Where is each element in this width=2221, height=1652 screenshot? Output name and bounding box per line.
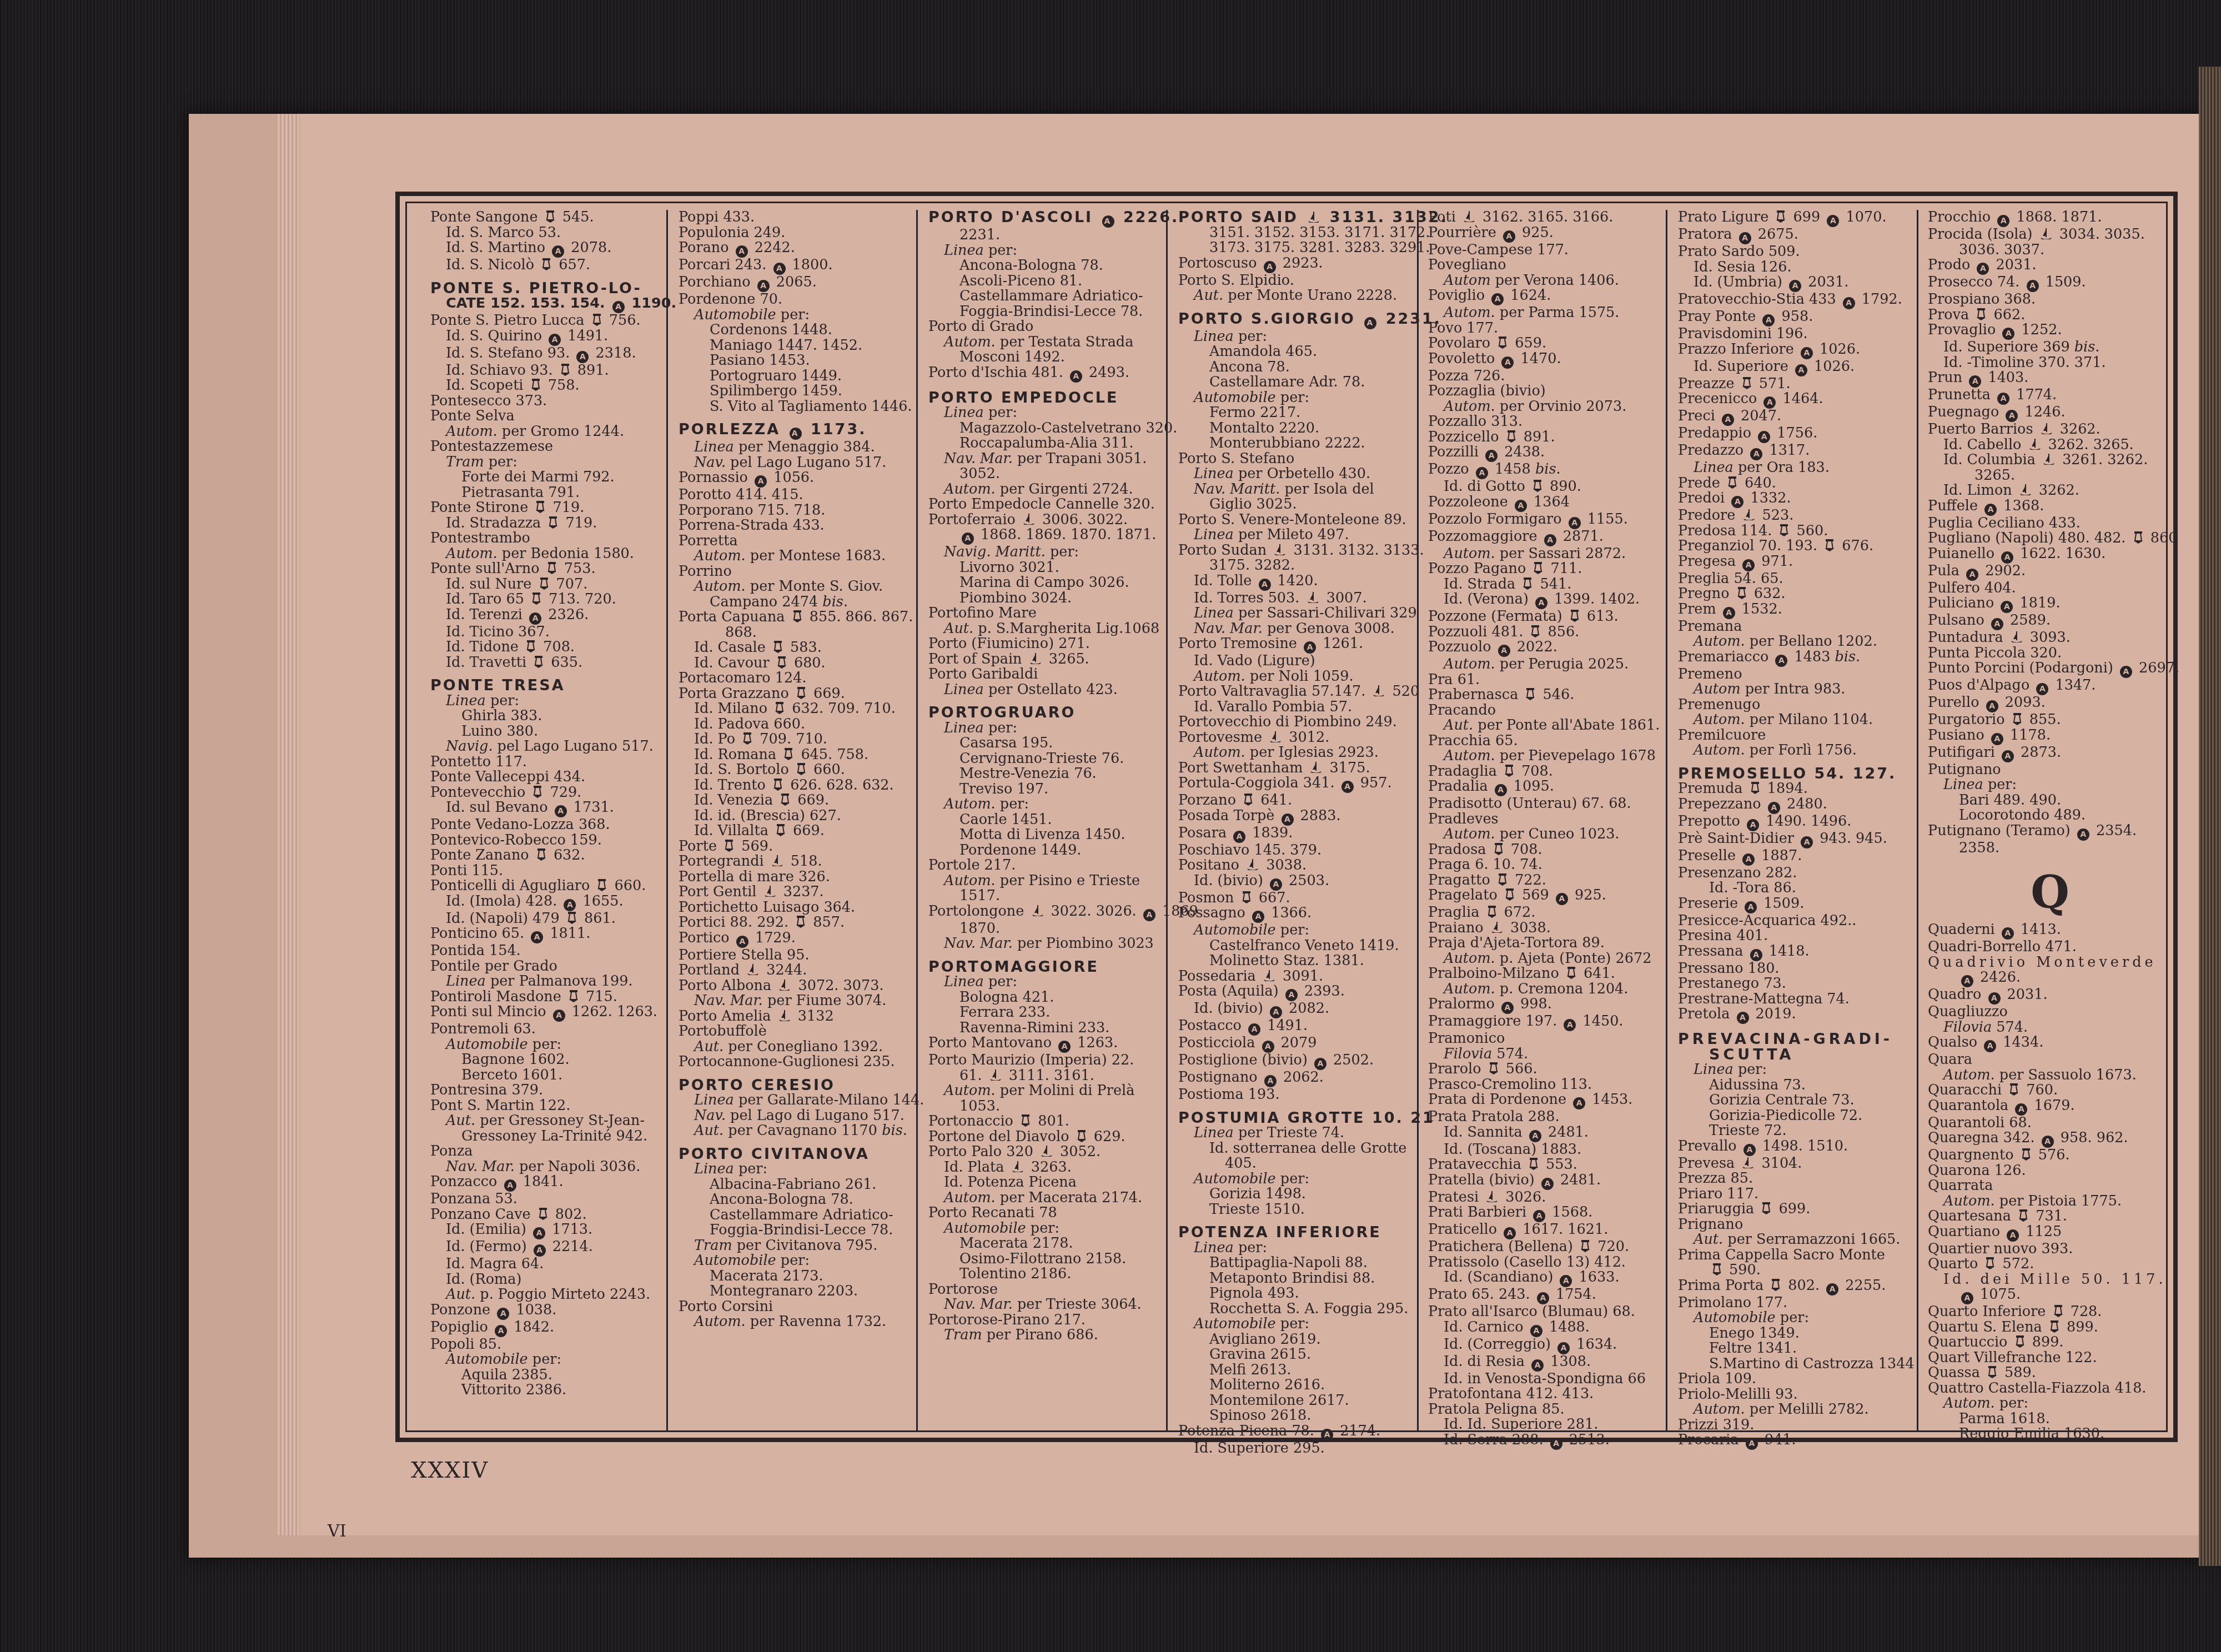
index-entry: Id. Varallo Pombia 57. xyxy=(1178,700,1414,715)
index-entry: Quartu S. Elena 899. xyxy=(1928,1320,2172,1335)
index-entry: Gorizia-Piedicolle 72. xyxy=(1678,1108,1914,1124)
index-entry: Pugliano (Napoli) 480. 482. 860 xyxy=(1928,531,2172,546)
index-entry: Avigliano 2619. xyxy=(1178,1332,1414,1348)
index-entry: Porrino xyxy=(679,564,914,580)
index-entry: Pontetto 117. xyxy=(430,755,664,770)
index-entry: Posticciola A 2079 xyxy=(1178,1036,1414,1053)
index-entry: Treviso 197. xyxy=(928,782,1164,797)
index-entry: Predoi A 1332. xyxy=(1678,491,1914,508)
index-entry: Metaponto Brindisi 88. xyxy=(1178,1271,1414,1287)
column-divider xyxy=(916,210,918,1432)
index-heading: PORTO CIVITANOVA xyxy=(679,1147,914,1162)
automobile-icon: A xyxy=(2027,280,2039,292)
index-entry: Autom. per Macerata 2174. xyxy=(928,1191,1164,1206)
index-entry: Ponte S. Pietro Lucca 756. xyxy=(430,313,664,329)
index-entry: Pontiroli Masdone 715. xyxy=(430,990,664,1005)
tram-icon xyxy=(1566,966,1577,980)
index-entry: Posta (Aquila) A 2393. xyxy=(1178,984,1414,1001)
italic-service-label: Linea xyxy=(944,242,984,259)
tram-icon xyxy=(568,990,579,1003)
index-entry: 61. 3111. 3161. xyxy=(928,1068,1164,1084)
automobile-icon: A xyxy=(1986,700,1998,712)
automobile-icon: A xyxy=(1984,1040,1996,1052)
index-entry: Mosconi 1492. xyxy=(928,350,1164,365)
index-entry: Pralormo A 998. xyxy=(1428,997,1664,1014)
automobile-icon: A xyxy=(1746,1438,1758,1450)
index-entry: Ascoli-Piceno 81. xyxy=(928,274,1164,289)
index-heading: CATE 152. 153. 154. A 1190. xyxy=(430,296,664,313)
index-entry: Id. (Napoli) 479 861. xyxy=(430,911,664,927)
automobile-icon: A xyxy=(1541,1178,1554,1190)
index-entry: Portorose-Pirano 217. xyxy=(928,1313,1164,1328)
index-entry: Puegnago A 1246. xyxy=(1928,405,2172,422)
index-entry: Porto Maurizio (Imperia) 22. xyxy=(928,1053,1164,1068)
index-entry: Bagnone 1602. xyxy=(430,1052,664,1068)
index-entry: Portland 3244. xyxy=(679,963,914,978)
italic-service-label: bis xyxy=(822,594,843,610)
index-entry: Gressoney La-Trinité 942. xyxy=(430,1129,664,1144)
navigation-ship-icon xyxy=(2010,630,2023,644)
index-entry: S.Martino di Castrozza 1344 xyxy=(1678,1357,1914,1372)
index-entry: Pulfero 404. xyxy=(1928,581,2172,596)
index-entry: Povegliano xyxy=(1428,258,1664,273)
index-entry: Rocchetta S. A. Foggia 295. xyxy=(1178,1302,1414,1317)
index-entry: Poppi 433. xyxy=(679,210,914,225)
index-entry: Id. Columbia 3261. 3262. xyxy=(1928,453,2172,468)
tram-icon xyxy=(792,610,803,623)
index-entry: Aidussina 73. xyxy=(1678,1078,1914,1093)
index-entry: Linea per Trieste 74. xyxy=(1178,1126,1414,1141)
index-entry: Porto (Fiumicino) 271. xyxy=(928,636,1164,652)
navigation-ship-icon xyxy=(1263,969,1276,982)
index-entry: Id. Ticino 367. xyxy=(430,625,664,640)
index-entry: Putignano xyxy=(1928,762,2172,778)
index-entry: Punta Piccola 320. xyxy=(1928,646,2172,661)
index-heading: PORTO EMPEDOCLE xyxy=(928,390,1164,406)
automobile-icon: A xyxy=(773,263,786,275)
italic-service-label: Linea xyxy=(944,681,984,698)
italic-service-label: Linea xyxy=(944,973,984,990)
index-entry: Automobile per: xyxy=(1178,1317,1414,1332)
index-entry: Pornassio A 1056. xyxy=(679,470,914,488)
index-entry: Praticello A 1617. 1621. xyxy=(1428,1222,1664,1239)
navigation-ship-icon xyxy=(1022,513,1036,526)
index-entry: Pradleves xyxy=(1428,812,1664,827)
index-entry: Cervignano-Trieste 76. xyxy=(928,751,1164,767)
index-entry: Nav. Mar. per Genova 3008. xyxy=(1178,621,1414,637)
index-entry: Pontevico-Robecco 159. xyxy=(430,833,664,848)
automobile-icon: A xyxy=(1737,1012,1749,1024)
index-entry: Quarrata xyxy=(1928,1178,2172,1194)
navigation-ship-icon xyxy=(2039,227,2053,240)
index-entry: Portacomaro 124. xyxy=(679,671,914,686)
index-entry: Pontestrambo xyxy=(430,531,664,546)
index-entry: Automobile per: xyxy=(1178,923,1414,938)
index-entry: Prasco-Cremolino 113. xyxy=(1428,1077,1664,1093)
index-entry: Pordenone 1449. xyxy=(928,843,1164,858)
index-entry: Albacina-Fabriano 261. xyxy=(679,1177,914,1193)
automobile-icon: A xyxy=(553,1010,565,1022)
index-entry: Pontile per Grado xyxy=(430,959,664,975)
index-entry: Portula-Coggiola 341. A 957. xyxy=(1178,776,1414,793)
automobile-icon: A xyxy=(495,1325,507,1337)
index-entry: Preselle A 1887. xyxy=(1678,848,1914,866)
index-entry: Filovia 574. xyxy=(1928,1020,2172,1036)
index-entry: Presicce-Acquarica 492.. xyxy=(1678,913,1914,929)
index-entry: Procaria A 941. xyxy=(1678,1433,1914,1450)
italic-service-label: Aut. xyxy=(446,1286,475,1303)
index-entry: Autom. per Ravenna 1732. xyxy=(679,1314,914,1330)
index-entry: Montalto 2220. xyxy=(1178,421,1414,436)
automobile-icon: A xyxy=(497,1308,509,1320)
automobile-icon: A xyxy=(1723,607,1735,619)
index-entry: Portogruaro 1449. xyxy=(679,369,914,384)
index-entry: Linea per Ostellato 423. xyxy=(928,682,1164,698)
index-entry: Id. sotterranea delle Grotte xyxy=(1178,1141,1414,1157)
index-entry: Quarto 572. xyxy=(1928,1257,2172,1272)
index-entry: Id. Superiore 295. xyxy=(1178,1441,1414,1457)
index-entry: Nav. pel Lago Lugano 517. xyxy=(679,455,914,471)
index-entry: Id. dei Mille 50. 117. xyxy=(1928,1272,2172,1288)
index-entry: Linea per Gallarate-Milano 144. xyxy=(679,1093,914,1108)
index-entry: Id. Serra 288. A 2513. xyxy=(1428,1433,1664,1450)
automobile-icon: A xyxy=(1504,1227,1516,1239)
automobile-icon: A xyxy=(529,612,541,625)
index-entry: Linea per: xyxy=(430,694,664,709)
index-entry: Pulsano A 2589. xyxy=(1928,613,2172,630)
index-entry: Id. Strada 541. xyxy=(1428,577,1664,592)
index-entry: Pozzolo Formigaro A 1155. xyxy=(1428,512,1664,529)
index-entry: Porto d'Ischia 481. A 2493. xyxy=(928,365,1164,383)
index-entry: Automobile per: xyxy=(1678,1310,1914,1326)
italic-service-label: Automobile xyxy=(1194,389,1276,406)
index-entry: Autom. per Montese 1683. xyxy=(679,549,914,564)
index-entry: Id. Potenza Picena xyxy=(928,1175,1164,1191)
index-entry: Posmon 667. xyxy=(1178,891,1414,906)
automobile-icon: A xyxy=(1966,569,1978,581)
index-entry: Puntadura 3093. xyxy=(1928,630,2172,646)
index-entry: Id. S. Martino A 2078. xyxy=(430,240,664,258)
index-entry: Marina di Campo 3026. xyxy=(928,575,1164,591)
index-entry: Autom. per Orvinio 2073. xyxy=(1428,399,1664,415)
index-column-1: Ponte Sangone 545.Id. S. Marco 53.Id. S.… xyxy=(430,210,664,1430)
automobile-icon: A xyxy=(1768,802,1780,814)
index-entry: Qualso A 1434. xyxy=(1928,1035,2172,1052)
italic-service-label: Automobile xyxy=(446,1351,528,1368)
italic-service-label: Autom. xyxy=(1444,950,1495,967)
italic-service-label: Nav. xyxy=(694,1107,726,1124)
automobile-icon: A xyxy=(757,280,770,292)
index-entry: Id. S. Nicolò 657. xyxy=(430,258,664,273)
tram-icon xyxy=(1569,609,1580,622)
tram-icon xyxy=(539,577,550,590)
index-entry: Gorizia 1498. xyxy=(1178,1187,1414,1202)
index-entry: Id. -Tora 86. xyxy=(1678,881,1914,896)
index-entry: Nav. Mar. per Trapani 3051. xyxy=(928,451,1164,467)
index-entry: Pramaggiore 197. A 1450. xyxy=(1428,1014,1664,1031)
index-heading: PONTE TRESA xyxy=(430,678,664,694)
automobile-icon: A xyxy=(1758,431,1770,443)
automobile-icon: A xyxy=(1070,370,1082,383)
index-entry: Quartiano A 1125 xyxy=(1928,1224,2172,1242)
index-entry: Quarto Inferiore 728. xyxy=(1928,1304,2172,1320)
index-entry: Pontresina 379. xyxy=(430,1083,664,1098)
index-entry: Premeno xyxy=(1678,667,1914,682)
automobile-icon: A xyxy=(2006,410,2018,422)
index-entry: Pontesecco 373. xyxy=(430,394,664,409)
index-entry: Autom. p. Ajeta (Ponte) 2672 xyxy=(1428,951,1664,967)
index-entry: Pragelato 569 A 925. xyxy=(1428,888,1664,905)
index-entry: Portovesme 3012. xyxy=(1178,730,1414,746)
index-entry: Id. Sannita A 2481. xyxy=(1428,1125,1664,1142)
index-heading: POSTUMIA GROTTE 10. 21 xyxy=(1178,1111,1414,1126)
index-entry: Preazze 571. xyxy=(1678,376,1914,392)
tram-icon xyxy=(535,500,546,514)
index-entry: 1053. xyxy=(928,1099,1164,1114)
italic-service-label: Autom. xyxy=(1194,668,1245,685)
index-entry: Pratola Peligna 85. xyxy=(1428,1402,1664,1418)
index-entry: Quarantoli 68. xyxy=(1928,1116,2172,1131)
index-entry: Pregesa A 971. xyxy=(1678,554,1914,571)
navigation-ship-icon xyxy=(1246,858,1259,871)
index-entry: Id. S. Quirino A 1491. xyxy=(430,329,664,346)
index-entry: Id. Terenzi A 2326. xyxy=(430,607,664,625)
navigation-ship-icon xyxy=(1040,1144,1053,1158)
index-entry: Portoscuso A 2923. xyxy=(1178,256,1414,273)
index-entry: Autom. per Cuneo 1023. xyxy=(1428,827,1664,842)
index-entry: Putifigari A 2873. xyxy=(1928,745,2172,762)
index-entry: Puerto Barrios 3262. xyxy=(1928,422,2172,438)
navigation-ship-icon xyxy=(778,978,791,992)
index-entry: Postioma 193. xyxy=(1178,1087,1414,1103)
index-column-6: Prato Ligure 699 A 1070.Pratora A 2675.P… xyxy=(1678,210,1914,1430)
index-entry: Id. Milano 632. 709. 710. xyxy=(679,701,914,717)
index-entry: Pratichera (Bellena) 720. xyxy=(1428,1239,1664,1255)
index-entry: Trieste 72. xyxy=(1678,1123,1914,1139)
index-entry: Id. (Verona) A 1399. 1402. xyxy=(1428,592,1664,609)
automobile-icon: A xyxy=(1270,878,1282,891)
index-entry: Autom. per: xyxy=(928,797,1164,812)
italic-service-label: Nav. Mar. xyxy=(944,450,1013,467)
index-entry: Ponte Sangone 545. xyxy=(430,210,664,225)
navigation-ship-icon xyxy=(1485,1190,1499,1203)
italic-service-label: Autom. xyxy=(1444,398,1495,415)
index-entry: Livorno 3021. xyxy=(928,560,1164,576)
index-entry: Pradisotto (Unterau) 67. 68. xyxy=(1428,796,1664,812)
automobile-icon: A xyxy=(790,428,802,440)
index-entry: Castellamare Adr. 78. xyxy=(1178,375,1414,390)
index-entry: Motta di Livenza 1450. xyxy=(928,827,1164,843)
index-entry: Port Swettanham 3175. xyxy=(1178,761,1414,776)
automobile-icon: A xyxy=(1564,1019,1576,1031)
automobile-icon: A xyxy=(1843,297,1855,309)
italic-service-label: Autom. xyxy=(694,578,746,595)
index-entry: Pratora A 2675. xyxy=(1678,227,1914,244)
index-entry: Quart Villefranche 122. xyxy=(1928,1350,2172,1366)
index-entry: Portobuffolè xyxy=(679,1024,914,1040)
automobile-icon: A xyxy=(1248,1023,1260,1036)
index-entry: Poviglio A 1624. xyxy=(1428,288,1664,305)
index-entry: Navig. pel Lago Lugano 517. xyxy=(430,739,664,755)
index-entry: Aut. per Cavagnano 1170 bis. xyxy=(679,1123,914,1139)
index-entry: Quattro Castella-Fiazzola 418. xyxy=(1928,1381,2172,1397)
index-entry: Id. Villalta 669. xyxy=(679,824,914,839)
index-entry: Id. in Venosta-Spondigna 66 xyxy=(1428,1372,1664,1387)
tram-icon xyxy=(1770,1278,1781,1292)
automobile-icon: A xyxy=(1801,836,1813,848)
index-heading: PORTOMAGGIORE xyxy=(928,960,1164,975)
automobile-icon: A xyxy=(1252,911,1264,923)
index-entry: Autom. per Gromo 1244. xyxy=(430,424,664,440)
index-heading: PORTO SAID 3131. 3132. xyxy=(1178,210,1414,225)
index-entry: Quarantola A 1679. xyxy=(1928,1098,2172,1116)
italic-service-label: Nav. Mar. xyxy=(446,1158,515,1175)
index-entry: Prepezzano A 2480. xyxy=(1678,797,1914,814)
tram-icon xyxy=(1243,793,1254,806)
index-entry: Linea per: xyxy=(928,721,1164,736)
automobile-icon: A xyxy=(1533,1210,1545,1222)
index-entry: Postignano A 2062. xyxy=(1178,1070,1414,1087)
tram-icon xyxy=(1532,561,1544,575)
index-entry: Preganziol 70. 193. 676. xyxy=(1678,539,1914,554)
index-entry: Quadro A 2031. xyxy=(1928,987,2172,1005)
index-entry: Pontida 154. xyxy=(430,943,664,959)
index-entry: Id. (Correggio) A 1634. xyxy=(1428,1337,1664,1354)
index-entry: Autom. per Pisino e Trieste xyxy=(928,873,1164,889)
automobile-icon: A xyxy=(1515,500,1527,512)
automobile-icon: A xyxy=(2042,1136,2054,1148)
page-stack-edge xyxy=(278,114,300,1535)
index-entry: Autom. per Molini di Prelà xyxy=(928,1083,1164,1099)
index-entry: Moliterno 2616. xyxy=(1178,1378,1414,1393)
index-entry: Pignola 493. xyxy=(1178,1286,1414,1302)
index-entry: Prestanego 73. xyxy=(1678,976,1914,992)
index-entry: Porano A 2242. xyxy=(679,240,914,258)
index-column-5: Poti 3162. 3165. 3166.Pourrière A 925.Po… xyxy=(1428,210,1664,1430)
tram-icon xyxy=(1530,625,1541,638)
index-entry: Portella di mare 326. xyxy=(679,870,914,885)
tram-icon xyxy=(2008,1083,2019,1096)
index-entry: Aut. per Gressoney St-Jean- xyxy=(430,1113,664,1129)
index-entry: Ponte Vedano-Lozza 368. xyxy=(430,817,664,833)
automobile-icon: A xyxy=(1270,1006,1282,1018)
italic-service-label: Autom. xyxy=(944,1082,996,1099)
tram-icon xyxy=(2012,712,2023,726)
italic-service-label: Autom. xyxy=(944,1189,996,1206)
index-entry: Id. Cabello 3262. 3265. xyxy=(1928,438,2172,453)
index-entry: Pozzicello 891. xyxy=(1428,430,1664,445)
index-entry: Automobile per: xyxy=(1178,1172,1414,1187)
index-entry: Priola 109. xyxy=(1678,1372,1914,1387)
index-heading: PREMOSELLO 54. 127. xyxy=(1678,766,1914,782)
index-entry: 2358. xyxy=(1928,841,2172,856)
italic-service-label: Aut. xyxy=(694,1122,723,1139)
italic-service-label: bis xyxy=(882,1122,903,1139)
index-entry: Pozzallo 313. xyxy=(1428,414,1664,430)
index-entry: Id. Romana 645. 758. xyxy=(679,747,914,763)
index-entry: Mestre-Venezia 76. xyxy=(928,766,1164,782)
index-entry: Portocannone-Guglionesi 235. xyxy=(679,1055,914,1070)
navigation-ship-icon xyxy=(2019,483,2032,496)
index-entry: Posada Torpè A 2883. xyxy=(1178,809,1414,826)
index-entry: Id. Cavour 680. xyxy=(679,656,914,671)
index-entry: Porretta xyxy=(679,534,914,549)
italic-service-label: Aut. xyxy=(944,620,973,637)
index-entry: Roccapalumba-Alia 311. xyxy=(928,436,1164,451)
italic-service-label: Linea xyxy=(1943,776,1983,793)
italic-service-label: Automobile xyxy=(446,1036,528,1053)
italic-service-label: Linea xyxy=(944,720,984,736)
index-entry: Popoli 85. xyxy=(430,1337,664,1353)
italic-service-label: Autom xyxy=(1444,272,1491,289)
tram-icon xyxy=(2021,1148,2032,1161)
index-entry: Primolano 177. xyxy=(1678,1296,1914,1311)
automobile-icon: A xyxy=(1233,831,1245,843)
index-entry: Pozzuolo A 2022. xyxy=(1428,640,1664,657)
index-entry: Povoletto A 1470. xyxy=(1428,352,1664,369)
index-entry: Nav. Mar. per Trieste 3064. xyxy=(928,1297,1164,1313)
index-entry: Automobile per: xyxy=(430,1352,664,1368)
index-entry: Autom. per Monte S. Giov. xyxy=(679,579,914,595)
tram-icon xyxy=(2053,1304,2064,1318)
automobile-icon: A xyxy=(1742,853,1755,866)
italic-service-label: Nav. Mar. xyxy=(944,935,1013,952)
index-entry: Portovecchio di Piombino 249. xyxy=(1178,715,1414,730)
column-divider xyxy=(666,210,668,1432)
navigation-ship-icon xyxy=(746,963,760,976)
automobile-icon: A xyxy=(1491,293,1504,305)
index-entry: Autom. per Iglesias 2923. xyxy=(1178,745,1414,761)
automobile-icon: A xyxy=(1282,814,1294,826)
index-entry: Pretola A 2019. xyxy=(1678,1007,1914,1024)
index-entry: Povo 177. xyxy=(1428,321,1664,337)
index-entry: Autom. per Pistoia 1775. xyxy=(1928,1194,2172,1209)
italic-service-label: Linea xyxy=(1194,1239,1234,1256)
index-entry: Vittorito 2386. xyxy=(430,1383,664,1398)
section-letter: Q xyxy=(1928,867,2172,917)
tram-icon xyxy=(530,378,541,391)
book-spine-edge xyxy=(2199,67,2221,1566)
tram-icon xyxy=(723,839,735,852)
index-entry: Pratella (bivio) A 2481. xyxy=(1428,1173,1664,1190)
index-entry: Macerata 2178. xyxy=(928,1236,1164,1252)
tram-icon xyxy=(560,363,571,376)
automobile-icon: A xyxy=(1264,1075,1277,1087)
tram-icon xyxy=(591,313,602,327)
tram-icon xyxy=(742,732,753,745)
italic-service-label: Tram xyxy=(944,1327,982,1343)
index-entry: Aut. per Conegliano 1392. xyxy=(679,1040,914,1055)
index-entry: Autom. per Bedonia 1580. xyxy=(430,546,664,562)
index-entry: Pratofontana 412. 413. xyxy=(1428,1387,1664,1402)
index-entry: Port Gentil 3237. xyxy=(679,885,914,900)
navigation-ship-icon xyxy=(2040,422,2053,435)
index-entry: Pratissolo (Casello 13) 412. xyxy=(1428,1255,1664,1271)
italic-service-label: Autom. xyxy=(1444,545,1495,562)
index-entry: Predappio A 1756. xyxy=(1678,426,1914,443)
tram-icon xyxy=(1528,1157,1539,1171)
automobile-icon: A xyxy=(1531,1359,1544,1372)
index-entry: Prova 662. xyxy=(1928,308,2172,323)
index-entry: Id. (bivio) A 2503. xyxy=(1178,873,1414,891)
index-entry: Quadri-Borrello 471. xyxy=(1928,940,2172,955)
italic-service-label: bis xyxy=(1835,649,1856,665)
italic-service-label: Automobile xyxy=(1194,1171,1276,1187)
index-column-4: PORTO SAID 3131. 3132.3151. 3152. 3153. … xyxy=(1178,210,1414,1430)
index-entry: Pontremoli 63. xyxy=(430,1022,664,1037)
italic-service-label: Navig. Maritt. xyxy=(944,544,1046,560)
index-entry: Id. Sesia 126. xyxy=(1678,260,1914,275)
